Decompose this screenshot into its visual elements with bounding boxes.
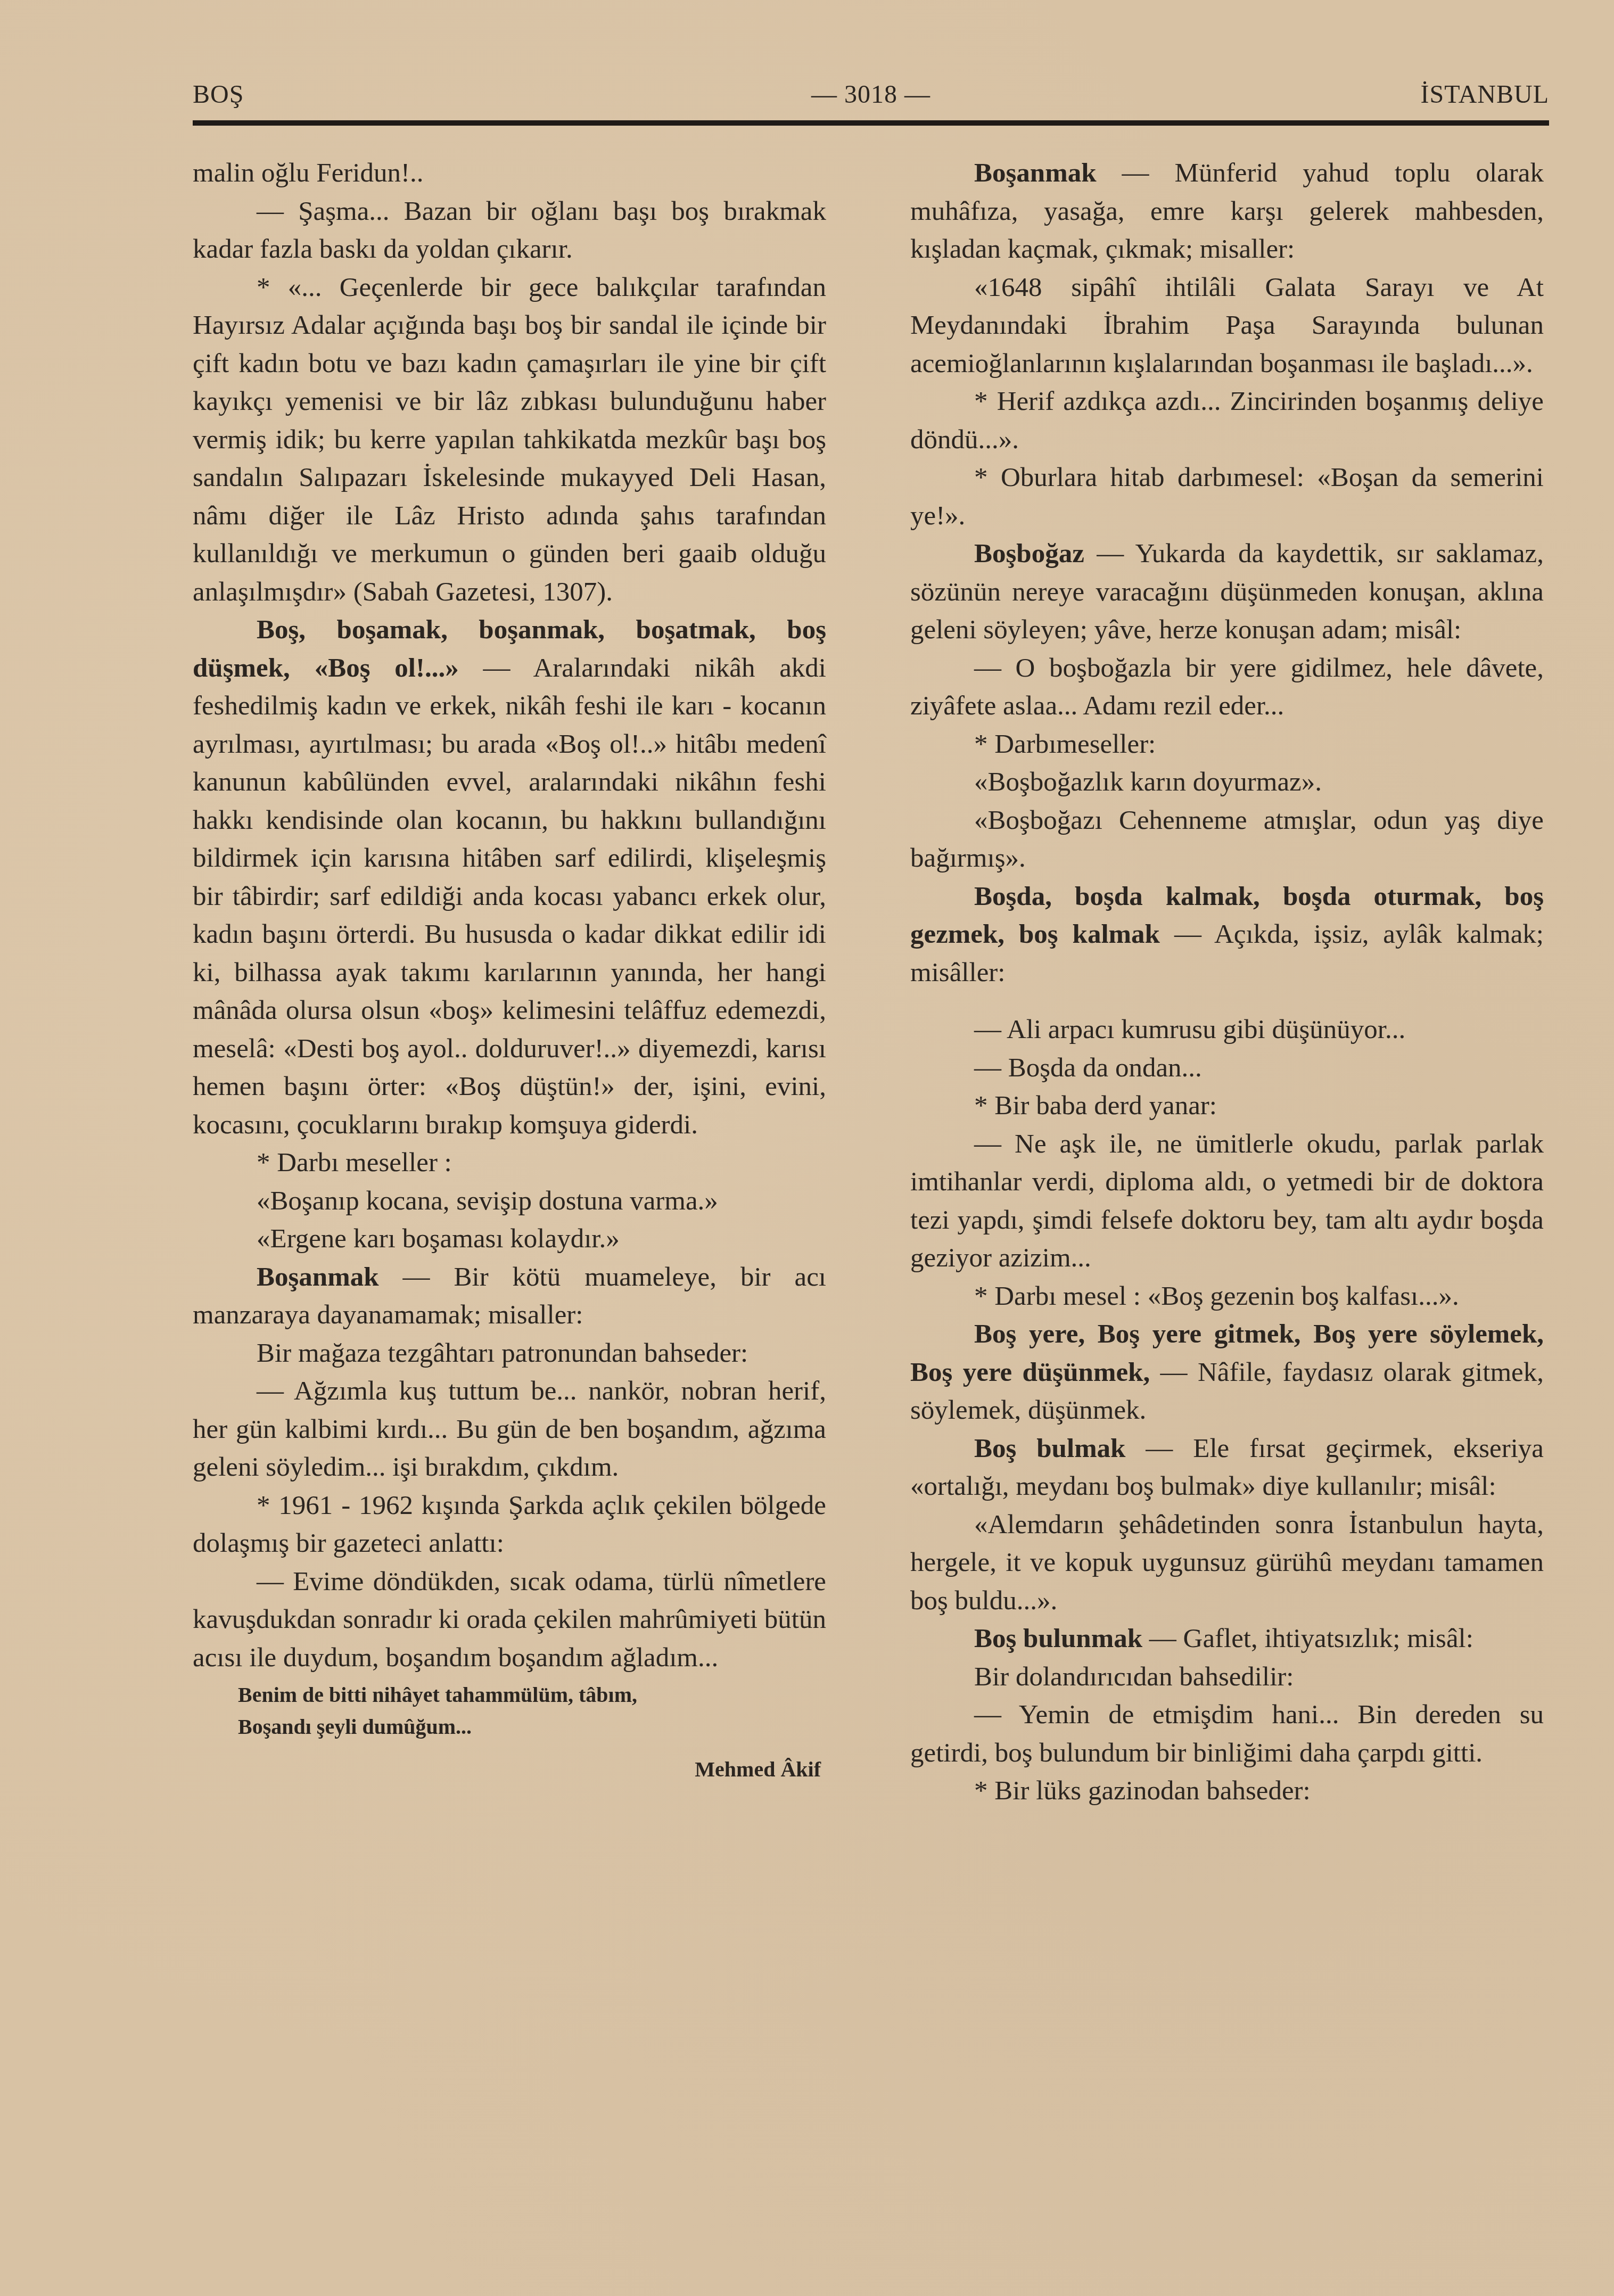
- entry-headword: Boşanmak: [974, 158, 1097, 188]
- paragraph: Bir mağaza tezgâhtarı patronundan bahsed…: [193, 1335, 826, 1373]
- paragraph: «1648 sipâhî ihtilâli Galata Sarayı ve A…: [910, 269, 1544, 383]
- entry-paragraph: Boşanmak — Münferid yahud toplu olarak m…: [910, 154, 1544, 269]
- entry-headword: Boş bulmak: [974, 1434, 1125, 1463]
- paragraph: — Ne aşk ile, ne ümitlerle okudu, parlak…: [910, 1125, 1544, 1278]
- paragraph: malin oğlu Feridun!..: [193, 154, 826, 193]
- entry-paragraph: Boş bulunmak — Gaflet, ihtiyatsızlık; mi…: [910, 1620, 1544, 1658]
- entry-headword: Boşboğaz: [974, 539, 1084, 569]
- paragraph: * Darbımeseller:: [910, 726, 1544, 764]
- page-number: — 3018 —: [193, 80, 1549, 109]
- entry-paragraph: Boşda, boşda kalmak, boşda oturmak, boş …: [910, 878, 1544, 992]
- right-column: Boşanmak — Münferid yahud toplu olarak m…: [910, 154, 1544, 1811]
- entry-paragraph: Boşboğaz — Yukarda da kaydettik, sır sak…: [910, 535, 1544, 649]
- verse-quote: Benim de bitti nihâyet tahammülüm, tâbım…: [193, 1679, 826, 1743]
- scanned-page: BOŞ — 3018 — İSTANBUL malin oğlu Feridun…: [0, 0, 1614, 2296]
- paragraph: * Herif azdıkça azdı... Zincirinden boşa…: [910, 383, 1544, 459]
- paragraph: — Ağzımla kuş tuttum be... nankör, nobra…: [193, 1372, 826, 1487]
- paragraph: — Yemin de etmişdim hani... Bin dereden …: [910, 1696, 1544, 1772]
- proverb: «Boşanıp kocana, sevişip dostuna varma.»: [193, 1182, 826, 1221]
- header-rule: [193, 120, 1549, 126]
- paragraph: * Bir baba derd yanar:: [910, 1087, 1544, 1125]
- paragraph: * Darbı meseller :: [193, 1144, 826, 1182]
- paragraph: Bir dolandırıcıdan bahsedilir:: [910, 1658, 1544, 1697]
- proverb: «Boşboğazlık karın doyurmaz».: [910, 763, 1544, 802]
- left-column: malin oğlu Feridun!.. — Şaşma... Bazan b…: [193, 154, 826, 1789]
- proverb: «Boşboğazı Cehenneme atmışlar, odun yaş …: [910, 802, 1544, 878]
- entry-paragraph: Boşanmak — Bir kötü muameleye, bir acı m…: [193, 1258, 826, 1335]
- paragraph: * Bir lüks gazinodan bahseder:: [910, 1772, 1544, 1811]
- spacer: [910, 992, 1544, 1011]
- entry-definition: — Aralarındaki nikâh akdi feshedilmiş ka…: [193, 653, 826, 1140]
- paragraph: — Boşda da ondan...: [910, 1049, 1544, 1088]
- paragraph: — Evime döndükden, sıcak odama, türlü nî…: [193, 1563, 826, 1677]
- paragraph: * 1961 - 1962 kışında Şarkda açlık çekil…: [193, 1487, 826, 1563]
- paragraph: * Darbı mesel : «Boş gezenin boş kalfası…: [910, 1278, 1544, 1316]
- proverb: «Ergene karı boşaması kolaydır.»: [193, 1220, 826, 1258]
- verse-attribution: Mehmed Âkif: [193, 1750, 826, 1789]
- verse-line: Benim de bitti nihâyet tahammülüm, tâbım…: [238, 1679, 826, 1711]
- paragraph: — Şaşma... Bazan bir oğlanı başı boş bır…: [193, 193, 826, 269]
- entry-headword: Boşanmak: [257, 1262, 379, 1292]
- entry-paragraph: Boş, boşamak, boşanmak, boşatmak, boş dü…: [193, 611, 826, 1144]
- paragraph: * Oburlara hitab darbımesel: «Boşan da s…: [910, 459, 1544, 535]
- verse-line: Boşandı şeyli dumûğum...: [238, 1711, 826, 1743]
- entry-definition: — Gaflet, ihtiyatsızlık; misâl:: [1142, 1624, 1473, 1653]
- paragraph: — Ali arpacı kumrusu gibi düşünüyor...: [910, 1011, 1544, 1049]
- entry-paragraph: Boş yere, Boş yere gitmek, Boş yere söyl…: [910, 1315, 1544, 1430]
- header-publication-title: İSTANBUL: [1421, 80, 1549, 109]
- entry-headword: Boş bulunmak: [974, 1624, 1142, 1653]
- entry-paragraph: Boş bulmak — Ele fırsat geçirmek, ekseri…: [910, 1430, 1544, 1506]
- paragraph: «Alemdarın şehâdetinden sonra İstanbulun…: [910, 1506, 1544, 1620]
- paragraph: — O boşboğazla bir yere gidilmez, hele d…: [910, 649, 1544, 726]
- paragraph: * «... Geçenlerde bir gece balıkçılar ta…: [193, 269, 826, 612]
- running-header: BOŞ — 3018 — İSTANBUL: [193, 80, 1549, 117]
